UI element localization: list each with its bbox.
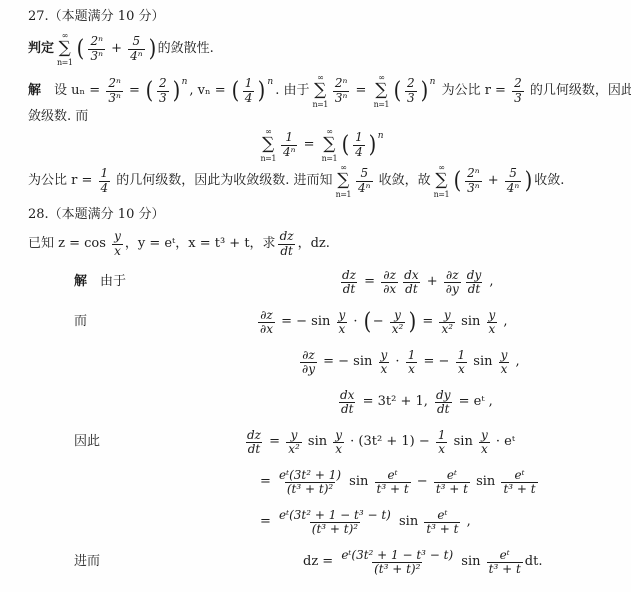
- fraction: dydt: [465, 269, 483, 296]
- math-text: . 由于: [275, 83, 309, 99]
- fraction-numerator: 2: [512, 77, 524, 90]
- fraction-numerator: eᵗ: [386, 469, 400, 482]
- fraction: ∂z∂x: [258, 309, 275, 336]
- solution-label-jiner: 进而: [28, 554, 198, 570]
- problem-27-solution-line-2: 敛级数. 而: [28, 108, 615, 126]
- math-text: ·: [391, 354, 403, 370]
- summation-lower-limit: n=1: [261, 154, 276, 163]
- fraction: eᵗt³ + t: [501, 469, 537, 496]
- fraction: ∂z∂x: [381, 269, 398, 296]
- math-text: sin: [472, 474, 499, 490]
- fraction-denominator: 3ⁿ: [106, 91, 123, 105]
- math-text: 的几何级数，因此为收: [526, 83, 631, 99]
- problem-28-statement: 已知 z = cos yx，y = eᵗ，x = t³ + t，求dzdt，dz…: [28, 228, 615, 260]
- math-text: dt.: [525, 554, 543, 570]
- big-parenthesis: ): [409, 312, 417, 333]
- fraction-denominator: x: [379, 362, 390, 376]
- math-text: sin: [395, 514, 422, 530]
- problem-27-solution-line-3: 为公比 r = 14 的几何级数，因此为收敛级数. 进而知∞∑n=154ⁿ 收敛…: [28, 164, 615, 198]
- sigma-symbol: ∑: [337, 172, 349, 190]
- fraction-numerator: y: [499, 349, 510, 362]
- fraction: 2ⁿ3ⁿ: [106, 77, 123, 104]
- fraction-numerator: 2ⁿ: [88, 35, 105, 48]
- math-text: 已知 z = cos: [28, 236, 110, 252]
- math-text: 的几何级数，因此为收敛级数. 进而知: [112, 173, 332, 189]
- fraction-numerator: dx: [338, 389, 356, 402]
- fraction-numerator: 2ⁿ: [465, 167, 482, 180]
- fraction: 23: [512, 77, 524, 104]
- big-parenthesis: ): [258, 81, 266, 102]
- math-text: = 3t² + 1,: [358, 394, 432, 410]
- fraction-denominator: t³ + t: [424, 522, 460, 536]
- fraction-numerator: dz: [278, 230, 296, 243]
- summation-lower-limit: n=1: [57, 58, 72, 67]
- equation-dz-dx: ∂z∂x = − sin yx · (− yx²) = yx² sin yx ,: [256, 309, 508, 336]
- math-text: dz =: [303, 554, 337, 570]
- problem-28-section: 28.（本题满分 10 分） 已知 z = cos yx，y = eᵗ，x = …: [28, 206, 615, 581]
- big-parenthesis: (: [77, 39, 85, 60]
- summation-lower-limit: n=1: [322, 154, 337, 163]
- equation-row: ∂z∂y = − sin yx · 1x = − 1x sin yx ,: [28, 344, 615, 381]
- fraction-numerator: dy: [465, 269, 483, 282]
- fraction-denominator: t³ + t: [487, 562, 523, 576]
- fraction-numerator: y: [442, 309, 453, 322]
- big-parenthesis: (: [342, 135, 350, 156]
- fraction-denominator: x: [499, 362, 510, 376]
- fraction-denominator: t³ + t: [375, 482, 411, 496]
- fraction: 14: [353, 131, 365, 158]
- fraction-denominator: 4: [353, 145, 365, 159]
- equation-dz-dt-combined: dzdt = yx² sin yx · (3t² + 1) − 1x sin y…: [243, 429, 515, 456]
- math-text: sin: [304, 434, 331, 450]
- fraction: yx: [479, 429, 490, 456]
- fraction-numerator: 5: [131, 35, 143, 48]
- solution-label-yinci: 因此: [28, 434, 198, 450]
- math-text: 进而: [74, 554, 100, 570]
- fraction-numerator: y: [487, 309, 498, 322]
- fraction-denominator: x²: [286, 442, 302, 456]
- fraction-numerator: eᵗ(3t² + 1 − t³ − t): [277, 509, 393, 522]
- fraction-numerator: y: [379, 349, 390, 362]
- fraction-denominator: x: [333, 442, 344, 456]
- fraction-denominator: dt: [466, 282, 483, 296]
- fraction-numerator: dy: [434, 389, 452, 402]
- fraction: 23: [405, 77, 417, 104]
- equation-row: 解 由于 dzdt = ∂z∂xdxdt + ∂z∂ydydt ,: [28, 264, 615, 301]
- fraction: yx²: [390, 309, 406, 336]
- problem-27-display-formula: ∞∑n=114ⁿ = ∞∑n=1(14)n: [28, 128, 615, 162]
- fraction-numerator: y: [479, 429, 490, 442]
- equation-dx-dt-dy-dt: dxdt = 3t² + 1, dydt = eᵗ ,: [336, 389, 493, 416]
- math-text: sin: [457, 554, 484, 570]
- fraction-denominator: (t³ + t)²: [372, 562, 422, 576]
- math-text: · eᵗ: [492, 434, 515, 450]
- fraction: dzdt: [245, 429, 263, 456]
- math-text: 收敛，故: [375, 173, 431, 189]
- fraction: 2ⁿ3ⁿ: [465, 167, 482, 194]
- fraction-denominator: ∂x: [381, 282, 398, 296]
- equation-row: = eᵗ(3t² + 1 − t³ − t)(t³ + t)² sin eᵗt³…: [28, 504, 615, 541]
- solution-label-er: 而: [28, 314, 198, 330]
- math-text: =: [260, 514, 275, 530]
- fraction: dxdt: [338, 389, 356, 416]
- fraction: 14: [99, 167, 111, 194]
- solution-label-jie-youyu: 解 由于: [28, 274, 198, 290]
- equation-differential-dz: dz = eᵗ(3t² + 1 − t³ − t)(t³ + t)² sin e…: [303, 549, 542, 576]
- math-text: +: [484, 173, 503, 189]
- fraction: eᵗ(3t² + 1 − t³ − t)(t³ + t)²: [339, 549, 455, 576]
- sigma-symbol: ∑: [314, 82, 326, 100]
- fraction: eᵗ(3t² + 1 − t³ − t)(t³ + t)²: [277, 509, 393, 536]
- equation-row: 因此 dzdt = yx² sin yx · (3t² + 1) − 1x si…: [28, 424, 615, 461]
- math-text: =: [360, 274, 379, 290]
- fraction-denominator: x: [479, 442, 490, 456]
- superscript: n: [430, 77, 436, 87]
- math-text: ，dz.: [298, 236, 330, 252]
- fraction-denominator: ∂y: [300, 362, 317, 376]
- fraction-denominator: x: [112, 244, 123, 258]
- fraction-denominator: x: [406, 362, 417, 376]
- math-text: =: [299, 137, 318, 153]
- summation: ∞∑n=1: [261, 127, 276, 163]
- fraction: 54ⁿ: [356, 167, 373, 194]
- problem-27-statement: 判定∞∑n=1(2ⁿ3ⁿ + 54ⁿ)的敛散性.: [28, 30, 615, 68]
- big-parenthesis: ): [525, 171, 533, 192]
- fraction-denominator: 4ⁿ: [505, 181, 522, 195]
- fraction-denominator: x²: [390, 322, 406, 336]
- fraction-denominator: t³ + t: [434, 482, 470, 496]
- fraction-numerator: 1: [243, 77, 255, 90]
- fraction: yx: [333, 429, 344, 456]
- fraction: 1x: [456, 349, 468, 376]
- fraction-denominator: dt: [341, 282, 358, 296]
- fraction-numerator: eᵗ: [445, 469, 459, 482]
- math-text: +: [107, 41, 126, 57]
- fraction-denominator: 3: [157, 91, 169, 105]
- math-text: −: [373, 314, 388, 330]
- fraction-denominator: (t³ + t)²: [285, 482, 335, 496]
- fraction: dzdt: [278, 230, 296, 257]
- fraction-numerator: y: [289, 429, 300, 442]
- fraction: eᵗ(3t² + 1)(t³ + t)²: [277, 469, 343, 496]
- fraction-numerator: ∂z: [444, 269, 461, 282]
- fraction: yx: [379, 349, 390, 376]
- math-text: 设 uₙ =: [41, 83, 104, 99]
- fraction: yx: [112, 230, 123, 257]
- fraction-numerator: 1: [283, 131, 295, 144]
- fraction: 14ⁿ: [281, 131, 298, 158]
- fraction-denominator: dt: [278, 244, 295, 258]
- fraction-numerator: ∂z: [258, 309, 275, 322]
- fraction-numerator: 2ⁿ: [106, 77, 123, 90]
- problem-27-number: 27.（本题满分 10 分）: [28, 8, 615, 26]
- big-parenthesis: ): [148, 39, 156, 60]
- fraction-numerator: dz: [340, 269, 358, 282]
- fraction-numerator: y: [333, 429, 344, 442]
- math-text: · (3t² + 1) −: [346, 434, 434, 450]
- fraction: 1x: [406, 349, 418, 376]
- superscript: n: [378, 131, 384, 141]
- fraction-denominator: dt: [435, 402, 452, 416]
- fraction-denominator: 3ⁿ: [465, 181, 482, 195]
- fraction-denominator: ∂x: [258, 322, 275, 336]
- math-text: sin: [450, 434, 477, 450]
- fraction-denominator: (t³ + t)²: [310, 522, 360, 536]
- math-text: ,: [462, 514, 470, 530]
- fraction-denominator: dt: [246, 442, 263, 456]
- fraction-numerator: 5: [507, 167, 519, 180]
- fraction-denominator: 4ⁿ: [356, 181, 373, 195]
- fraction: ∂z∂y: [444, 269, 461, 296]
- fraction-numerator: 2ⁿ: [333, 77, 350, 90]
- math-text: sin: [345, 474, 372, 490]
- sigma-symbol: ∑: [262, 136, 274, 154]
- math-text: 因此: [74, 434, 100, 450]
- fraction-denominator: t³ + t: [501, 482, 537, 496]
- equation-row: dxdt = 3t² + 1, dydt = eᵗ ,: [28, 384, 615, 421]
- fraction-denominator: x: [436, 442, 447, 456]
- math-text: 的敛散性.: [158, 41, 214, 57]
- fraction-numerator: y: [337, 309, 348, 322]
- fraction-numerator: y: [392, 309, 403, 322]
- equation-chain-rule: dzdt = ∂z∂xdxdt + ∂z∂ydydt ,: [338, 269, 494, 296]
- sigma-symbol: ∑: [375, 82, 387, 100]
- math-text: =: [125, 83, 144, 99]
- math-text: 而: [74, 314, 87, 330]
- big-parenthesis: ): [420, 81, 428, 102]
- summation: ∞∑n=1: [57, 31, 72, 67]
- math-text: = −: [419, 354, 453, 370]
- math-text: sin: [457, 314, 484, 330]
- fraction-denominator: ∂y: [444, 282, 461, 296]
- fraction: eᵗt³ + t: [424, 509, 460, 536]
- fraction: yx: [487, 309, 498, 336]
- summation-lower-limit: n=1: [336, 190, 351, 199]
- superscript: n: [182, 77, 188, 87]
- fraction-numerator: dx: [402, 269, 420, 282]
- fraction-numerator: eᵗ: [435, 509, 449, 522]
- bold-label-text: 解: [28, 83, 41, 99]
- fraction: yx: [337, 309, 348, 336]
- big-parenthesis: (: [454, 171, 462, 192]
- math-text: 为公比 r =: [28, 173, 97, 189]
- fraction-numerator: 2: [405, 77, 417, 90]
- fraction: 2ⁿ3ⁿ: [88, 35, 105, 62]
- fraction: eᵗt³ + t: [434, 469, 470, 496]
- equation-row: 而 ∂z∂x = − sin yx · (− yx²) = yx² sin yx…: [28, 304, 615, 341]
- fraction-denominator: 3: [512, 91, 524, 105]
- summation: ∞∑n=1: [336, 163, 351, 199]
- bold-label-text: 解: [74, 274, 87, 290]
- fraction-denominator: 3: [405, 91, 417, 105]
- fraction: ∂z∂y: [300, 349, 317, 376]
- fraction-numerator: 1: [99, 167, 111, 180]
- fraction-numerator: 1: [456, 349, 468, 362]
- big-parenthesis: (: [394, 81, 402, 102]
- fraction: 1x: [436, 429, 448, 456]
- fraction: dydt: [434, 389, 452, 416]
- math-text: 由于: [87, 274, 126, 290]
- fraction-numerator: y: [112, 230, 123, 243]
- math-text: , vₙ =: [189, 83, 229, 99]
- fraction: yx: [499, 349, 510, 376]
- math-text: −: [413, 474, 432, 490]
- fraction-numerator: eᵗ(3t² + 1): [277, 469, 343, 482]
- textbook-solution-page: 27.（本题满分 10 分） 判定∞∑n=1(2ⁿ3ⁿ + 54ⁿ)的敛散性. …: [0, 0, 631, 592]
- sigma-symbol: ∑: [59, 40, 71, 58]
- fraction: 23: [157, 77, 169, 104]
- fraction: dxdt: [402, 269, 420, 296]
- big-parenthesis: ): [172, 81, 180, 102]
- math-text: sin: [469, 354, 496, 370]
- summation: ∞∑n=1: [322, 127, 337, 163]
- math-text: =: [351, 83, 370, 99]
- problem-28-number: 28.（本题满分 10 分）: [28, 206, 615, 224]
- fraction-numerator: 2: [157, 77, 169, 90]
- fraction-denominator: 4ⁿ: [128, 49, 145, 63]
- math-text: =: [418, 314, 437, 330]
- math-text: ,: [485, 274, 493, 290]
- equation-row: 进而 dz = eᵗ(3t² + 1 − t³ − t)(t³ + t)² si…: [28, 544, 615, 581]
- summation-lower-limit: n=1: [434, 190, 449, 199]
- math-text: 为公比 r =: [437, 83, 510, 99]
- fraction: 2ⁿ3ⁿ: [333, 77, 350, 104]
- fraction-denominator: 3ⁿ: [333, 91, 350, 105]
- fraction-denominator: dt: [339, 402, 356, 416]
- fraction: eᵗt³ + t: [375, 469, 411, 496]
- fraction-numerator: ∂z: [381, 269, 398, 282]
- fraction-numerator: eᵗ(3t² + 1 − t³ − t): [339, 549, 455, 562]
- math-text: =: [260, 474, 275, 490]
- math-text: ·: [349, 314, 361, 330]
- fraction-denominator: x: [487, 322, 498, 336]
- superscript: n: [267, 77, 273, 87]
- fraction-numerator: 1: [436, 429, 448, 442]
- fraction-numerator: 1: [353, 131, 365, 144]
- summation-lower-limit: n=1: [312, 100, 327, 109]
- summation: ∞∑n=1: [434, 163, 449, 199]
- math-text: = eᵗ ,: [454, 394, 492, 410]
- fraction-numerator: eᵗ: [498, 549, 512, 562]
- math-text: ,: [511, 354, 519, 370]
- fraction-denominator: x: [456, 362, 467, 376]
- big-parenthesis: (: [363, 312, 371, 333]
- summation-lower-limit: n=1: [374, 100, 389, 109]
- fraction: 54ⁿ: [505, 167, 522, 194]
- fraction-numerator: dz: [245, 429, 263, 442]
- fraction-numerator: eᵗ: [512, 469, 526, 482]
- summation: ∞∑n=1: [374, 73, 389, 109]
- math-text: ，y = eᵗ，x = t³ + t，求: [125, 236, 276, 252]
- big-parenthesis: ): [368, 135, 376, 156]
- sigma-symbol: ∑: [435, 172, 447, 190]
- math-text: +: [423, 274, 442, 290]
- summation: ∞∑n=1: [312, 73, 327, 109]
- fraction-denominator: x²: [439, 322, 455, 336]
- fraction-denominator: 3ⁿ: [88, 49, 105, 63]
- fraction: 54ⁿ: [128, 35, 145, 62]
- fraction-denominator: dt: [403, 282, 420, 296]
- problem-27-section: 27.（本题满分 10 分） 判定∞∑n=1(2ⁿ3ⁿ + 54ⁿ)的敛散性. …: [28, 8, 615, 198]
- problem-27-solution-line-1: 解 设 uₙ = 2ⁿ3ⁿ = (23)n, vₙ = (14)n. 由于∞∑n…: [28, 74, 615, 108]
- big-parenthesis: (: [146, 81, 154, 102]
- math-text: 收敛.: [534, 173, 564, 189]
- fraction-numerator: 5: [358, 167, 370, 180]
- math-text: = − sin: [319, 354, 377, 370]
- equation-dz-dy: ∂z∂y = − sin yx · 1x = − 1x sin yx ,: [298, 349, 520, 376]
- fraction-denominator: x: [337, 322, 348, 336]
- bold-label-text: 判定: [28, 41, 54, 57]
- math-text: =: [265, 434, 284, 450]
- fraction-numerator: 1: [406, 349, 418, 362]
- equation-row: = eᵗ(3t² + 1)(t³ + t)² sin eᵗt³ + t − eᵗ…: [28, 464, 615, 501]
- big-parenthesis: (: [231, 81, 239, 102]
- math-text: ,: [499, 314, 507, 330]
- equation-substituted: = eᵗ(3t² + 1)(t³ + t)² sin eᵗt³ + t − eᵗ…: [260, 469, 540, 496]
- fraction-denominator: 4: [99, 181, 111, 195]
- fraction: dzdt: [340, 269, 358, 296]
- fraction: yx²: [439, 309, 455, 336]
- fraction: eᵗt³ + t: [487, 549, 523, 576]
- fraction: 14: [243, 77, 255, 104]
- sigma-symbol: ∑: [323, 136, 335, 154]
- fraction-denominator: 4: [243, 91, 255, 105]
- fraction-denominator: 4ⁿ: [281, 145, 298, 159]
- equation-simplified: = eᵗ(3t² + 1 − t³ − t)(t³ + t)² sin eᵗt³…: [260, 509, 471, 536]
- fraction: yx²: [286, 429, 302, 456]
- math-text: = − sin: [277, 314, 335, 330]
- fraction-numerator: ∂z: [300, 349, 317, 362]
